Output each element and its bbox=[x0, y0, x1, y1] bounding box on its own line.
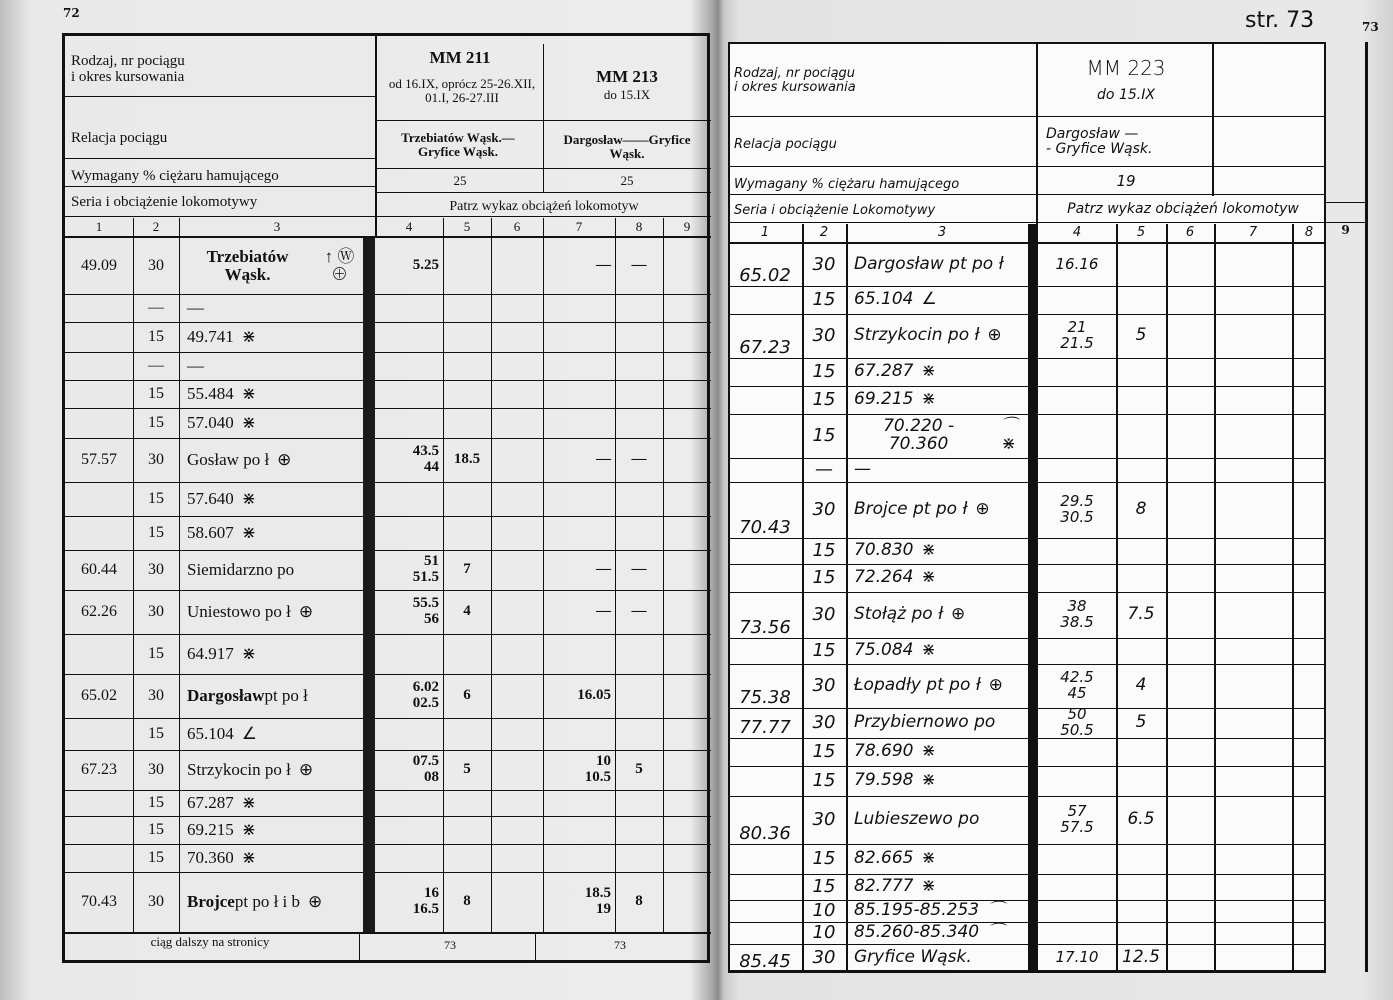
rule-line bbox=[728, 194, 1326, 195]
arrival-departure-mm213 bbox=[543, 294, 615, 322]
column-divider bbox=[543, 44, 544, 192]
signal-symbol-icon: ⋇ bbox=[242, 645, 256, 663]
km-value bbox=[65, 408, 133, 438]
arrival-departure-mm213 bbox=[543, 816, 615, 844]
rule-line bbox=[728, 222, 1326, 223]
km-value bbox=[65, 516, 133, 550]
label-locomotive-series: Seria i obciążenie lokomotywy bbox=[65, 190, 375, 216]
thick-divider-bar bbox=[1028, 224, 1038, 972]
signal-symbol-icon: ⊕ bbox=[299, 761, 313, 779]
arrival-departure-mm213: 10 10.5 bbox=[543, 750, 615, 790]
speed-limit: 15 bbox=[133, 634, 179, 674]
arrival-departure-mm211 bbox=[375, 816, 443, 844]
page-frame bbox=[728, 42, 1326, 972]
stop-time-mm213: — bbox=[615, 550, 663, 590]
station-name: Siemidarzno po bbox=[179, 550, 363, 590]
speed-limit: 30 bbox=[133, 590, 179, 634]
right-handwritten-timetable: Rodzaj, nr pociągu i okres kursowania Re… bbox=[728, 42, 1326, 972]
stop-time-mm213: 5 bbox=[615, 750, 663, 790]
train-mm211-brake: 25 bbox=[377, 172, 543, 190]
signal-symbol-icon: ⋇ bbox=[242, 328, 256, 346]
column-number: 7 bbox=[543, 218, 615, 236]
rule-line bbox=[377, 120, 711, 121]
train-mm211-relation: Trzebiatów Wąsk.—Gryfice Wąsk. bbox=[383, 122, 533, 168]
signal-symbol-icon: ⋇ bbox=[242, 414, 256, 432]
stop-time-mm211: 4 bbox=[443, 590, 491, 634]
stop-time-mm211 bbox=[443, 844, 491, 872]
column-number: 3 bbox=[846, 224, 1038, 242]
km-value bbox=[65, 718, 133, 750]
column-divider bbox=[802, 224, 804, 972]
row-divider bbox=[728, 972, 1326, 973]
arrival-departure-mm211 bbox=[375, 718, 443, 750]
arrival-departure-mm211: 51 51.5 bbox=[375, 550, 443, 590]
km-value: 49.09 bbox=[65, 238, 133, 294]
km-value bbox=[65, 322, 133, 352]
km-value: 60.44 bbox=[65, 550, 133, 590]
arrival-departure-mm211: 6.02 02.5 bbox=[375, 674, 443, 718]
signal-symbol-icon: ⋇ bbox=[242, 794, 256, 812]
station-name: 49.741⋇ bbox=[179, 322, 363, 352]
station-name: 57.040⋇ bbox=[179, 408, 363, 438]
label-relation: Relacja pociągu bbox=[65, 124, 375, 154]
station-name: Brojce pt po ł i b⊕ bbox=[179, 872, 363, 932]
stop-time-mm211: 6 bbox=[443, 674, 491, 718]
arrival-departure-mm211: 55.5 56 bbox=[375, 590, 443, 634]
speed-limit: 15 bbox=[133, 516, 179, 550]
km-value bbox=[65, 380, 133, 408]
speed-limit: 30 bbox=[133, 238, 179, 294]
column-number: 9 bbox=[663, 218, 711, 236]
arrival-departure-mm211: 16 16.5 bbox=[375, 872, 443, 932]
arrival-departure-mm211 bbox=[375, 380, 443, 408]
stop-time-mm211 bbox=[443, 718, 491, 750]
train-mm213-relation: Dargosław——Gryfice Wąsk. bbox=[547, 130, 707, 164]
km-value bbox=[65, 634, 133, 674]
stop-time-mm211: 7 bbox=[443, 550, 491, 590]
column-divider bbox=[179, 218, 180, 932]
speed-limit: 30 bbox=[133, 750, 179, 790]
arrival-departure-mm211: 07.5 08 bbox=[375, 750, 443, 790]
speed-limit: 15 bbox=[133, 844, 179, 872]
arrival-departure-mm213 bbox=[543, 482, 615, 516]
left-page-number: 72 bbox=[63, 6, 80, 20]
column-number: 7 bbox=[1214, 224, 1292, 242]
page-ref-1: 73 bbox=[365, 930, 535, 960]
arrival-departure-mm211 bbox=[375, 634, 443, 674]
column-number: 8 bbox=[1292, 224, 1326, 242]
arrival-departure-mm213: 16.05 bbox=[543, 674, 615, 718]
arrival-departure-mm211 bbox=[375, 482, 443, 516]
stop-time-mm213: — bbox=[615, 590, 663, 634]
right-page-number: 73 bbox=[1362, 20, 1379, 34]
handwritten-page-label: str. 73 bbox=[1245, 8, 1314, 33]
stop-time-mm211: 8 bbox=[443, 872, 491, 932]
arrival-departure-mm211 bbox=[375, 408, 443, 438]
printed-margin-column: 9 bbox=[1326, 42, 1368, 972]
station-name: 64.917⋇ bbox=[179, 634, 363, 674]
train-mm211-number: MM 211 bbox=[377, 48, 543, 68]
column-divider bbox=[1166, 224, 1168, 972]
signal-symbol-icon: ⋇ bbox=[242, 385, 256, 403]
signal-symbol-icon: ∠ bbox=[242, 725, 257, 743]
rule-line bbox=[728, 242, 1326, 244]
station-name: 69.215⋇ bbox=[179, 816, 363, 844]
column-number: 6 bbox=[1166, 224, 1214, 242]
km-value: 65.02 bbox=[65, 674, 133, 718]
column-divider bbox=[1116, 224, 1118, 972]
arrival-departure-mm213 bbox=[543, 408, 615, 438]
rule-line bbox=[377, 168, 711, 169]
stop-time-mm213 bbox=[615, 322, 663, 352]
arrival-departure-mm213 bbox=[543, 380, 615, 408]
column-number: 8 bbox=[615, 218, 663, 236]
station-name: 67.287⋇ bbox=[179, 790, 363, 816]
speed-limit: 15 bbox=[133, 482, 179, 516]
arrival-departure-mm213 bbox=[543, 844, 615, 872]
stop-time-mm213 bbox=[615, 408, 663, 438]
column-divider bbox=[1214, 224, 1216, 972]
arrival-departure-mm213 bbox=[543, 634, 615, 674]
speed-limit: 30 bbox=[133, 550, 179, 590]
arrival-departure-mm213 bbox=[543, 790, 615, 816]
arrival-departure-mm211 bbox=[375, 294, 443, 322]
stop-time-mm211 bbox=[443, 380, 491, 408]
arrival-departure-mm213: — bbox=[543, 238, 615, 294]
speed-limit: — bbox=[133, 352, 179, 380]
km-value bbox=[65, 482, 133, 516]
stop-time-mm213 bbox=[615, 634, 663, 674]
arrival-departure-mm211 bbox=[375, 516, 443, 550]
station-name: 57.640⋇ bbox=[179, 482, 363, 516]
km-value bbox=[65, 816, 133, 844]
stop-time-mm213 bbox=[615, 294, 663, 322]
km-value bbox=[65, 790, 133, 816]
speed-limit: 15 bbox=[133, 790, 179, 816]
km-value bbox=[65, 294, 133, 322]
column-divider bbox=[375, 36, 377, 236]
column-number: 6 bbox=[491, 218, 543, 236]
stop-time-mm211 bbox=[443, 634, 491, 674]
arrival-departure-mm211 bbox=[375, 844, 443, 872]
stop-time-mm213: — bbox=[615, 238, 663, 294]
station-name: — bbox=[179, 294, 363, 322]
column-number: 1 bbox=[65, 218, 133, 236]
label-train-kind: Rodzaj, nr pociągu i okres kursowania bbox=[65, 54, 375, 94]
arrival-departure-mm211: 43.5 44 bbox=[375, 438, 443, 482]
stop-time-mm211: 5 bbox=[443, 750, 491, 790]
stop-time-mm213 bbox=[615, 816, 663, 844]
km-value: 62.26 bbox=[65, 590, 133, 634]
column-divider bbox=[1212, 42, 1214, 196]
column-divider bbox=[846, 224, 848, 972]
stop-time-mm213 bbox=[615, 482, 663, 516]
margin-column-number: 9 bbox=[1326, 222, 1365, 237]
station-name: 55.484⋇ bbox=[179, 380, 363, 408]
station-name: Trzebiatów Wąsk.↑ Ⓦ ⊕ bbox=[179, 238, 363, 294]
stop-time-mm211 bbox=[443, 516, 491, 550]
speed-limit: 15 bbox=[133, 718, 179, 750]
station-name: — bbox=[179, 352, 363, 380]
column-number: 1 bbox=[728, 224, 802, 242]
rule-line bbox=[728, 116, 1326, 117]
train-mm213-period: do 15.IX bbox=[543, 86, 711, 104]
speed-limit: 15 bbox=[133, 380, 179, 408]
train-mm211-period: od 16.IX, oprócz 25-26.XII, 01.I, 26-27.… bbox=[387, 68, 537, 114]
station-name: 65.104∠ bbox=[179, 718, 363, 750]
stop-time-mm213: — bbox=[615, 438, 663, 482]
arrival-departure-mm211: 5.25 bbox=[375, 238, 443, 294]
station-name: Strzykocin po ł⊕ bbox=[179, 750, 363, 790]
stop-time-mm211 bbox=[443, 238, 491, 294]
column-number: 5 bbox=[1116, 224, 1166, 242]
column-divider bbox=[491, 218, 492, 932]
page-ref-2: 73 bbox=[535, 930, 705, 960]
column-number: 4 bbox=[1038, 224, 1116, 242]
stop-time-mm213 bbox=[615, 844, 663, 872]
column-divider bbox=[663, 218, 664, 932]
stop-time-mm213 bbox=[615, 790, 663, 816]
column-divider bbox=[1292, 224, 1294, 972]
speed-limit: — bbox=[133, 294, 179, 322]
signal-symbol-icon: ↑ Ⓦ ⊕ bbox=[316, 248, 363, 284]
stop-time-mm211 bbox=[443, 482, 491, 516]
rule-line bbox=[65, 96, 375, 97]
column-number: 3 bbox=[179, 218, 375, 236]
arrival-departure-mm211 bbox=[375, 322, 443, 352]
station-name: Dargosław pt po ł bbox=[179, 674, 363, 718]
signal-symbol-icon: ⊕ bbox=[299, 603, 313, 621]
signal-symbol-icon: ⊕ bbox=[277, 451, 291, 469]
column-number: 4 bbox=[375, 218, 443, 236]
train-mm213-brake: 25 bbox=[543, 172, 711, 190]
speed-limit: 15 bbox=[133, 408, 179, 438]
station-name: 70.360⋇ bbox=[179, 844, 363, 872]
column-divider bbox=[535, 932, 536, 960]
stop-time-mm213 bbox=[615, 380, 663, 408]
stop-time-mm213 bbox=[615, 718, 663, 750]
signal-symbol-icon: ⊕ bbox=[308, 893, 322, 911]
train-mm213-number: MM 213 bbox=[543, 66, 711, 88]
stop-time-mm213: 8 bbox=[615, 872, 663, 932]
column-divider bbox=[543, 218, 544, 932]
station-name: Gosław po ł⊕ bbox=[179, 438, 363, 482]
arrival-departure-mm211 bbox=[375, 352, 443, 380]
stop-time-mm211 bbox=[443, 790, 491, 816]
arrival-departure-mm213 bbox=[543, 718, 615, 750]
locomotive-load-note: Patrz wykaz obciążeń lokomotyw bbox=[377, 196, 711, 218]
signal-symbol-icon: ⋇ bbox=[242, 849, 256, 867]
speed-limit: 15 bbox=[133, 322, 179, 352]
arrival-departure-mm213 bbox=[543, 322, 615, 352]
station-name: Uniestowo po ł⊕ bbox=[179, 590, 363, 634]
column-divider bbox=[133, 218, 134, 932]
thick-divider-bar bbox=[363, 238, 375, 932]
column-divider bbox=[359, 932, 360, 960]
stop-time-mm211 bbox=[443, 322, 491, 352]
arrival-departure-mm213: — bbox=[543, 590, 615, 634]
stop-time-mm211 bbox=[443, 294, 491, 322]
column-divider bbox=[615, 218, 616, 932]
km-value bbox=[65, 352, 133, 380]
arrival-departure-mm213: — bbox=[543, 550, 615, 590]
column-divider bbox=[443, 218, 444, 932]
continued-note: ciąg dalszy na stronicy bbox=[65, 924, 355, 960]
rule-line bbox=[377, 192, 711, 193]
column-number: 2 bbox=[802, 224, 846, 242]
stop-time-mm211 bbox=[443, 408, 491, 438]
station-name: 58.607⋇ bbox=[179, 516, 363, 550]
speed-limit: 30 bbox=[133, 872, 179, 932]
speed-limit: 30 bbox=[133, 438, 179, 482]
stop-time-mm213 bbox=[615, 516, 663, 550]
rule-line bbox=[65, 186, 375, 187]
column-number: 5 bbox=[443, 218, 491, 236]
stop-time-mm213 bbox=[615, 352, 663, 380]
column-number: 2 bbox=[133, 218, 179, 236]
stop-time-mm211 bbox=[443, 352, 491, 380]
rule-line bbox=[65, 216, 711, 217]
signal-symbol-icon: ⋇ bbox=[242, 524, 256, 542]
arrival-departure-mm213 bbox=[543, 516, 615, 550]
signal-symbol-icon: ⋇ bbox=[242, 821, 256, 839]
rule-line bbox=[65, 932, 711, 934]
left-timetable: Rodzaj, nr pociągu i okres kursowania Re… bbox=[62, 33, 710, 963]
column-divider bbox=[1036, 42, 1038, 224]
arrival-departure-mm213: — bbox=[543, 438, 615, 482]
arrival-departure-mm213: 18.5 19 bbox=[543, 872, 615, 932]
speed-limit: 30 bbox=[133, 674, 179, 718]
km-value bbox=[65, 844, 133, 872]
arrival-departure-mm213 bbox=[543, 352, 615, 380]
signal-symbol-icon: ⋇ bbox=[242, 490, 256, 508]
stop-time-mm211: 18.5 bbox=[443, 438, 491, 482]
rule-line bbox=[65, 158, 375, 159]
rule-line bbox=[728, 166, 1326, 167]
stop-time-mm211 bbox=[443, 816, 491, 844]
speed-limit: 15 bbox=[133, 816, 179, 844]
arrival-departure-mm211 bbox=[375, 790, 443, 816]
km-value: 70.43 bbox=[65, 872, 133, 932]
km-value: 57.57 bbox=[65, 438, 133, 482]
stop-time-mm213 bbox=[615, 674, 663, 718]
km-value: 67.23 bbox=[65, 750, 133, 790]
